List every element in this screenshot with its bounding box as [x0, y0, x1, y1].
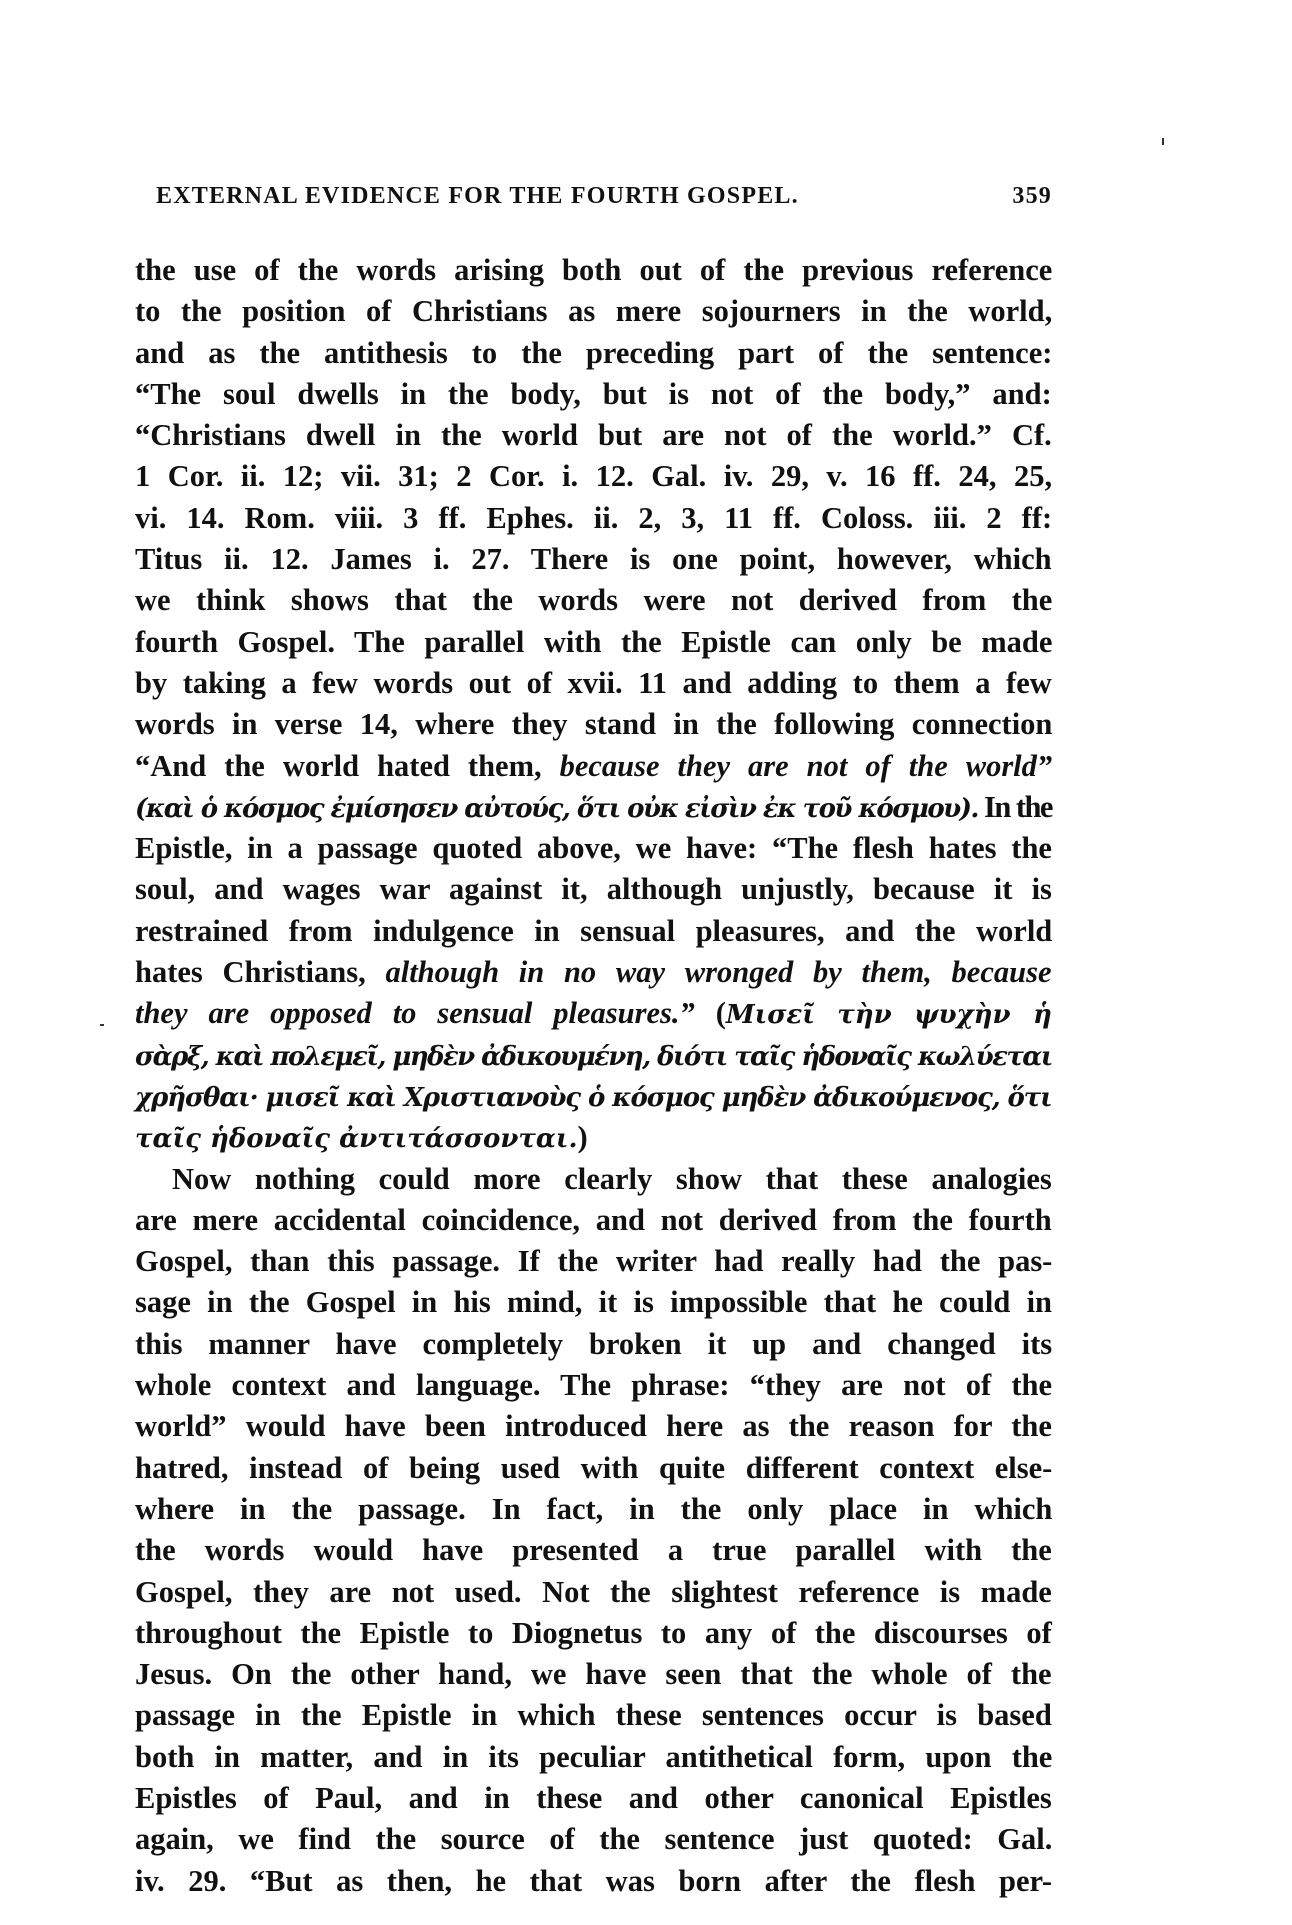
text-line: we think shows that the words were not d… — [135, 580, 1052, 621]
text-line: and as the antithesis to the preceding p… — [135, 333, 1052, 374]
text-line: Epistle, in a passage quoted above, we h… — [135, 828, 1052, 869]
text-segment: soul, and wages war against it, although… — [135, 872, 1052, 906]
text-segment: we think shows that the words were not d… — [135, 583, 1052, 617]
text-line: soul, and wages war against it, although… — [135, 869, 1052, 910]
text-segment: Gospel, than this passage. If the writer… — [135, 1244, 1052, 1278]
text-segment: Gospel, they are not used. Not the sligh… — [135, 1575, 1052, 1609]
page-number: 359 — [1012, 183, 1052, 210]
text-segment: the use of the words arising both out of… — [135, 253, 1052, 287]
text-segment: iv. 29. “But as then, he that was born a… — [135, 1864, 1052, 1898]
text-line: this manner have completely broken it up… — [135, 1324, 1052, 1365]
text-line: 1 Cor. ii. 12; vii. 31; 2 Cor. i. 12. Ga… — [135, 456, 1052, 497]
text-segment: 1 Cor. ii. 12; vii. 31; 2 Cor. i. 12. Ga… — [135, 459, 1052, 493]
margin-dash — [100, 1024, 104, 1026]
greek-text: (καὶ ὁ κόσμος ἐμίσησεν αὐτούς, ὅτι οὐκ ε… — [135, 794, 978, 824]
text-line: Epistles of Paul, and in these and other… — [135, 1778, 1052, 1819]
text-segment: restrained from indulgence in sensual pl… — [135, 914, 1052, 948]
text-segment: fourth Gospel. The parallel with the Epi… — [135, 625, 1052, 659]
italic-text: although in no way wronged by them, beca… — [385, 955, 1051, 989]
text-line: hates Christians, although in no way wro… — [135, 952, 1052, 993]
text-segment: Titus ii. 12. James i. 27. There is one … — [135, 542, 1052, 576]
text-segment: Now nothing could more clearly show that… — [172, 1162, 1052, 1196]
text-line: whole context and language. The phrase: … — [135, 1365, 1052, 1406]
text-segment: to the position of Christians as mere so… — [135, 294, 1052, 328]
text-line: vi. 14. Rom. viii. 3 ff. Ephes. ii. 2, 3… — [135, 498, 1052, 539]
text-line: both in matter, and in its peculiar anti… — [135, 1737, 1052, 1778]
text-segment: words in verse 14, where they stand in t… — [135, 707, 1052, 741]
text-segment: vi. 14. Rom. viii. 3 ff. Ephes. ii. 2, 3… — [135, 501, 1052, 535]
text-line: hatred, instead of being used with quite… — [135, 1448, 1052, 1489]
text-line: the use of the words arising both out of… — [135, 250, 1052, 291]
text-line: words in verse 14, where they stand in t… — [135, 704, 1052, 745]
book-page: EXTERNAL EVIDENCE FOR THE FOURTH GOSPEL.… — [0, 0, 1292, 1925]
text-line: passage in the Epistle in which these se… — [135, 1695, 1052, 1736]
body-text: the use of the words arising both out of… — [135, 250, 1052, 1902]
text-line: Now nothing could more clearly show that… — [135, 1159, 1052, 1200]
text-line: Gospel, they are not used. Not the sligh… — [135, 1572, 1052, 1613]
italic-text: because they are not of the world” — [560, 749, 1053, 783]
text-segment: throughout the Epistle to Diognetus to a… — [135, 1616, 1052, 1650]
text-line: (καὶ ὁ κόσμος ἐμίσησεν αὐτούς, ὅτι οὐκ ε… — [135, 787, 1052, 828]
text-segment: In the — [978, 790, 1052, 824]
text-line: they are opposed to sensual pleasures.” … — [135, 993, 1052, 1034]
text-segment: “And the world hated them, — [135, 749, 560, 783]
text-segment: both in matter, and in its peculiar anti… — [135, 1740, 1052, 1774]
text-line: again, we find the source of the sentenc… — [135, 1819, 1052, 1860]
text-segment: are mere accidental coincidence, and not… — [135, 1203, 1052, 1237]
text-segment: where in the passage. In fact, in the on… — [135, 1492, 1052, 1526]
text-line: restrained from indulgence in sensual pl… — [135, 911, 1052, 952]
text-segment: this manner have completely broken it up… — [135, 1327, 1052, 1361]
text-line: throughout the Epistle to Diognetus to a… — [135, 1613, 1052, 1654]
text-segment: ( — [695, 996, 726, 1030]
text-segment: ) — [578, 1120, 588, 1154]
text-segment: by taking a few words out of xvii. 11 an… — [135, 666, 1052, 700]
greek-text: Μισεῖ τὴν ψυχὴν ἡ — [726, 1000, 1052, 1030]
text-line: χρῆσθαι· μισεῖ καὶ Χριστιανοὺς ὁ κόσμος … — [135, 1076, 1052, 1117]
text-segment: “Christians dwell in the world but are n… — [135, 418, 1052, 452]
text-segment: sage in the Gospel in his mind, it is im… — [135, 1285, 1052, 1319]
text-line: “Christians dwell in the world but are n… — [135, 415, 1052, 456]
text-line: Gospel, than this passage. If the writer… — [135, 1241, 1052, 1282]
text-segment: again, we find the source of the sentenc… — [135, 1822, 1052, 1856]
text-line: world” would have been introduced here a… — [135, 1406, 1052, 1447]
text-line: “The soul dwells in the body, but is not… — [135, 374, 1052, 415]
text-line: Jesus. On the other hand, we have seen t… — [135, 1654, 1052, 1695]
text-line: σὰρξ, καὶ πολεμεῖ, μηδὲν ἀδικουμένη, διό… — [135, 1035, 1052, 1076]
text-segment: world” would have been introduced here a… — [135, 1409, 1052, 1443]
text-line: where in the passage. In fact, in the on… — [135, 1489, 1052, 1530]
text-line: Titus ii. 12. James i. 27. There is one … — [135, 539, 1052, 580]
text-segment: whole context and language. The phrase: … — [135, 1368, 1052, 1402]
text-line: sage in the Gospel in his mind, it is im… — [135, 1282, 1052, 1323]
margin-speck — [1162, 138, 1164, 145]
text-segment: hatred, instead of being used with quite… — [135, 1451, 1052, 1485]
text-line: fourth Gospel. The parallel with the Epi… — [135, 622, 1052, 663]
text-line: are mere accidental coincidence, and not… — [135, 1200, 1052, 1241]
text-segment: Epistle, in a passage quoted above, we h… — [135, 831, 1052, 865]
text-segment: and as the antithesis to the preceding p… — [135, 336, 1052, 370]
text-segment: Epistles of Paul, and in these and other… — [135, 1781, 1052, 1815]
text-segment: hates Christians, — [135, 955, 385, 989]
running-head: EXTERNAL EVIDENCE FOR THE FOURTH GOSPEL.… — [156, 183, 1052, 215]
text-line: to the position of Christians as mere so… — [135, 291, 1052, 332]
greek-text: σὰρξ, καὶ πολεμεῖ, μηδὲν ἀδικουμένη, διό… — [135, 1042, 1052, 1072]
text-line: ταῖς ἡδοναῖς ἀντιτάσσονται.) — [135, 1117, 1052, 1158]
text-segment: “The soul dwells in the body, but is not… — [135, 377, 1052, 411]
greek-text: χρῆσθαι· μισεῖ καὶ Χριστιανοὺς ὁ κόσμος … — [135, 1083, 1052, 1113]
greek-text: ταῖς ἡδοναῖς ἀντιτάσσονται. — [135, 1124, 578, 1154]
running-head-title: EXTERNAL EVIDENCE FOR THE FOURTH GOSPEL. — [156, 183, 799, 210]
text-line: “And the world hated them, because they … — [135, 746, 1052, 787]
italic-text: they are opposed to sensual pleasures.” — [135, 996, 695, 1030]
text-segment: passage in the Epistle in which these se… — [135, 1698, 1052, 1732]
text-segment: Jesus. On the other hand, we have seen t… — [135, 1657, 1052, 1691]
text-line: the words would have presented a true pa… — [135, 1530, 1052, 1571]
text-line: iv. 29. “But as then, he that was born a… — [135, 1861, 1052, 1902]
text-segment: the words would have presented a true pa… — [135, 1533, 1052, 1567]
text-line: by taking a few words out of xvii. 11 an… — [135, 663, 1052, 704]
